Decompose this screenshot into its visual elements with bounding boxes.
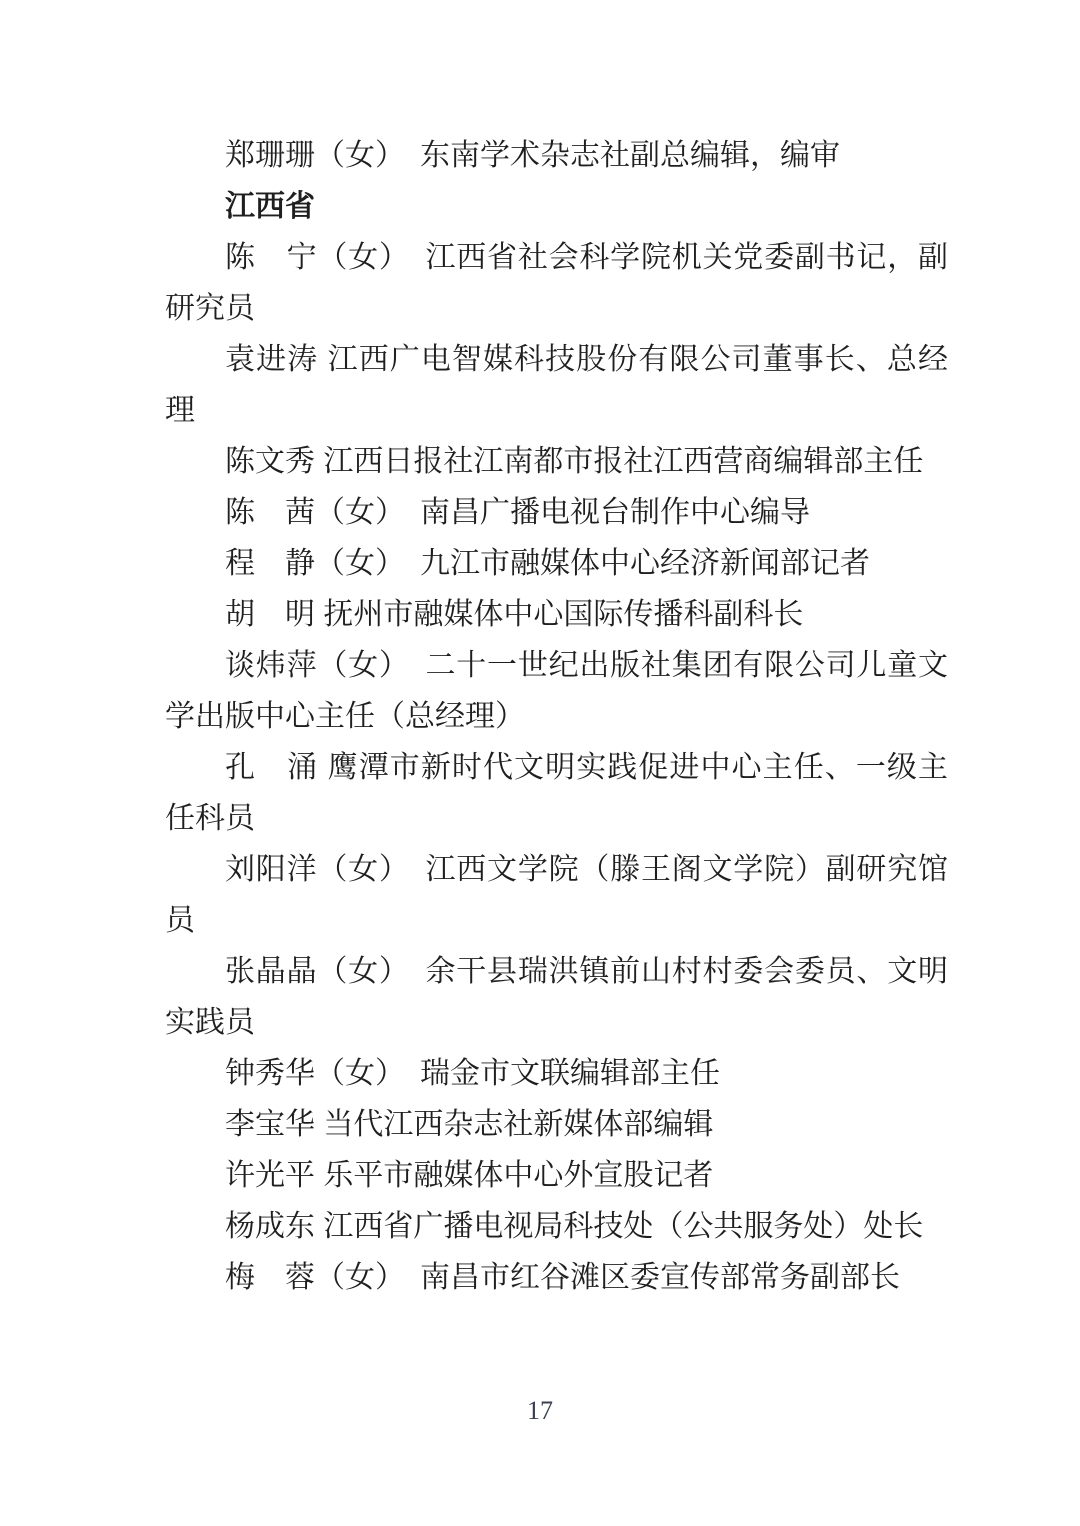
entry-line: 钟秀华（女） 瑞金市文联编辑部主任 <box>165 1048 948 1099</box>
entry-line: 刘阳洋（女） 江西文学院（滕王阁文学院）副研究馆员 <box>165 844 948 946</box>
entry-line: 李宝华 当代江西杂志社新媒体部编辑 <box>165 1099 948 1150</box>
entry-line: 郑珊珊（女） 东南学术杂志社副总编辑，编审 <box>165 130 948 181</box>
entry-line: 许光平 乐平市融媒体中心外宣股记者 <box>165 1150 948 1201</box>
entry-line: 胡 明 抚州市融媒体中心国际传播科副科长 <box>165 589 948 640</box>
entry-line: 谈炜萍（女） 二十一世纪出版社集团有限公司儿童文学出版中心主任（总经理） <box>165 640 948 742</box>
page-number: 17 <box>0 1392 1080 1430</box>
document-body: 郑珊珊（女） 东南学术杂志社副总编辑，编审 江西省 陈 宁（女） 江西省社会科学… <box>165 130 948 1303</box>
document-page: 郑珊珊（女） 东南学术杂志社副总编辑，编审 江西省 陈 宁（女） 江西省社会科学… <box>0 0 1080 1526</box>
entry-line: 陈 宁（女） 江西省社会科学院机关党委副书记，副研究员 <box>165 232 948 334</box>
entry-line: 陈文秀 江西日报社江南都市报社江西营商编辑部主任 <box>165 436 948 487</box>
section-heading-jiangxi: 江西省 <box>165 181 1080 232</box>
entry-line: 陈 茜（女） 南昌广播电视台制作中心编导 <box>165 487 948 538</box>
entry-line: 袁进涛 江西广电智媒科技股份有限公司董事长、总经理 <box>165 334 948 436</box>
entry-line: 孔 涌 鹰潭市新时代文明实践促进中心主任、一级主任科员 <box>165 742 948 844</box>
entry-line: 梅 蓉（女） 南昌市红谷滩区委宣传部常务副部长 <box>165 1252 948 1303</box>
entry-line: 杨成东 江西省广播电视局科技处（公共服务处）处长 <box>165 1201 948 1252</box>
entry-line: 程 静（女） 九江市融媒体中心经济新闻部记者 <box>165 538 948 589</box>
entry-line: 张晶晶（女） 余干县瑞洪镇前山村村委会委员、文明实践员 <box>165 946 948 1048</box>
